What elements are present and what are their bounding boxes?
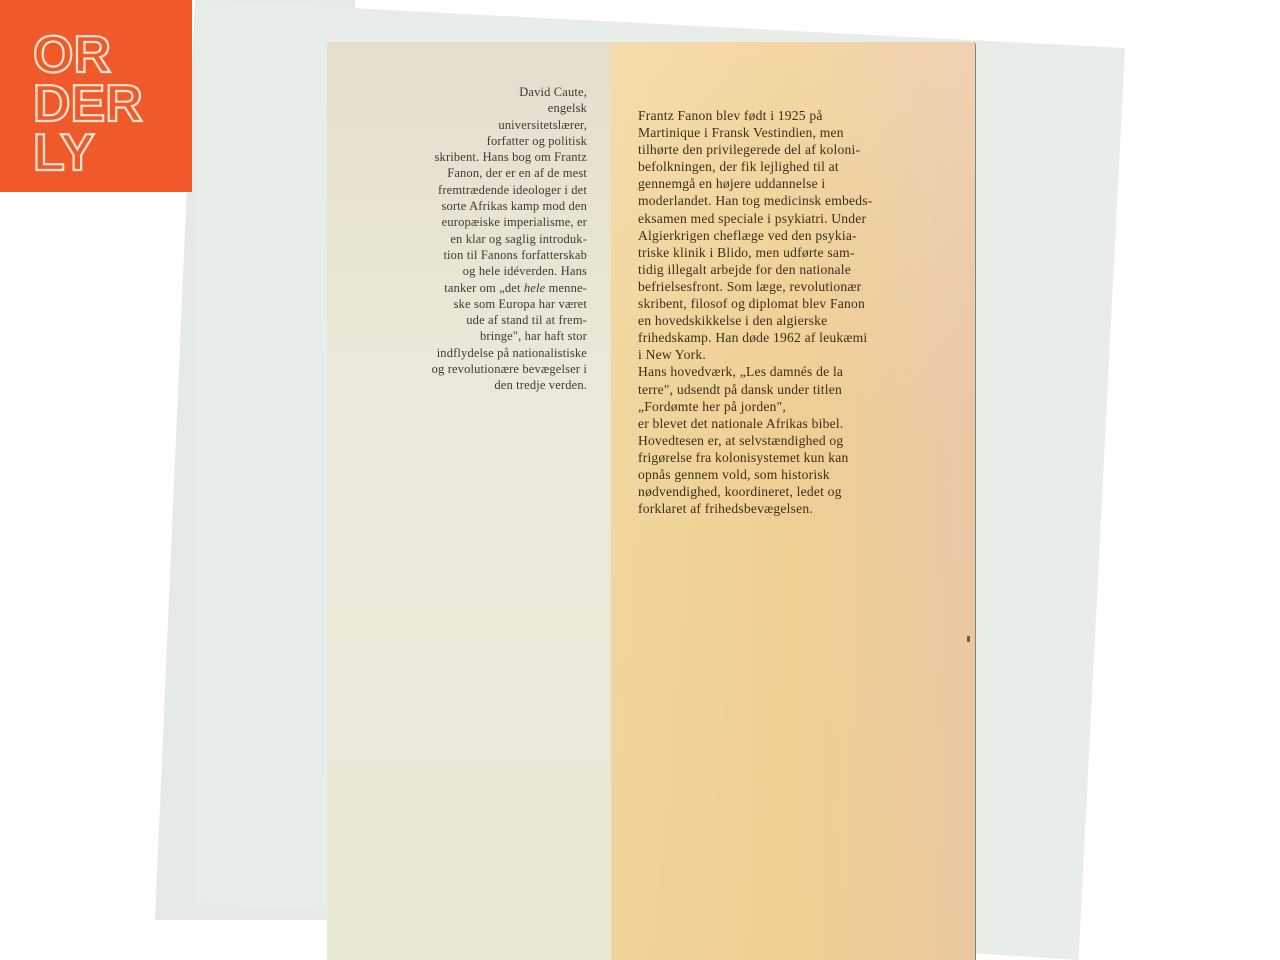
description-line: gennemgå en højere uddannelse i bbox=[638, 175, 968, 192]
description-line: nødvendighed, koordineret, ledet og bbox=[638, 483, 968, 500]
description-line: Frantz Fanon blev født i 1925 på bbox=[638, 107, 968, 124]
orderly-logo: OR DER LY bbox=[0, 0, 192, 192]
author-blurb-line: og hele idéverden. Hans bbox=[367, 263, 587, 279]
description-line: frigørelse fra kolonisystemet kun kan bbox=[638, 449, 968, 466]
description-line: frihedskamp. Han døde 1962 af leukæmi bbox=[638, 329, 968, 346]
description-line: Algierkrigen cheflæge ved den psykia- bbox=[638, 227, 968, 244]
description-line: Martinique i Fransk Vestindien, men bbox=[638, 124, 968, 141]
description-line: Hans hovedværk, „Les damnés de la bbox=[638, 363, 968, 380]
author-blurb-line: tion til Fanons forfatterskab bbox=[367, 247, 587, 263]
author-blurb-line: fremtrædende ideologer i det bbox=[367, 182, 587, 198]
description-line: moderlandet. Han tog medicinsk embeds- bbox=[638, 192, 968, 209]
logo-line-3: LY bbox=[33, 124, 95, 182]
description-line: en hovedskikkelse i den algierske bbox=[638, 312, 968, 329]
author-blurb: David Caute,engelskuniversitetslærer,for… bbox=[367, 84, 587, 394]
author-blurb-line: forfatter og politisk bbox=[367, 133, 587, 149]
author-blurb-line: universitetslærer, bbox=[367, 117, 587, 133]
author-blurb-line: bringe", har haft stor bbox=[367, 328, 587, 344]
description-line: tidig illegalt arbejde for den nationale bbox=[638, 261, 968, 278]
author-blurb-line: og revolutionære bevægelser i bbox=[367, 361, 587, 377]
description-line: tilhørte den privilegerede del af koloni… bbox=[638, 141, 968, 158]
author-blurb-line: ske som Europa har været bbox=[367, 296, 587, 312]
description-line: Hovedtesen er, at selvstændighed og bbox=[638, 432, 968, 449]
author-blurb-line: den tredje verden. bbox=[367, 377, 587, 393]
description-line: opnås gennem vold, som historisk bbox=[638, 466, 968, 483]
description-line: skribent, filosof og diplomat blev Fanon bbox=[638, 295, 968, 312]
author-blurb-line: europæiske imperialisme, er bbox=[367, 214, 587, 230]
author-blurb-line: David Caute, bbox=[367, 84, 587, 100]
author-blurb-line: en klar og saglig introduk- bbox=[367, 231, 587, 247]
fanon-description: Frantz Fanon blev født i 1925 påMartiniq… bbox=[638, 107, 968, 517]
author-blurb-line: skribent. Hans bog om Frantz bbox=[367, 149, 587, 165]
description-line: triske klinik i Blido, men udførte sam- bbox=[638, 244, 968, 261]
cover-blemish bbox=[967, 636, 970, 642]
description-line: er blevet det nationale Afrikas bibel. bbox=[638, 415, 968, 432]
description-line: forklaret af frihedsbevægelsen. bbox=[638, 500, 968, 517]
orderly-logo-icon: OR DER LY bbox=[0, 0, 192, 192]
author-blurb-line: engelsk bbox=[367, 100, 587, 116]
description-line: befrielsesfront. Som læge, revolutionær bbox=[638, 278, 968, 295]
author-blurb-line: Fanon, der er en af de mest bbox=[367, 165, 587, 181]
description-line: befolkningen, der fik lejlighed til at bbox=[638, 158, 968, 175]
author-blurb-line: tanker om „det hele menne- bbox=[367, 280, 587, 296]
author-blurb-line: indflydelse på nationalistiske bbox=[367, 345, 587, 361]
author-blurb-line: ude af stand til at frem- bbox=[367, 312, 587, 328]
author-blurb-line: sorte Afrikas kamp mod den bbox=[367, 198, 587, 214]
book-back-cover: David Caute,engelskuniversitetslærer,for… bbox=[327, 42, 975, 960]
description-line: eksamen med speciale i psykiatri. Under bbox=[638, 210, 968, 227]
description-line: terre", udsendt på dansk under titlen bbox=[638, 381, 968, 398]
description-line: i New York. bbox=[638, 346, 968, 363]
description-line: „Fordømte her på jorden", bbox=[638, 398, 968, 415]
